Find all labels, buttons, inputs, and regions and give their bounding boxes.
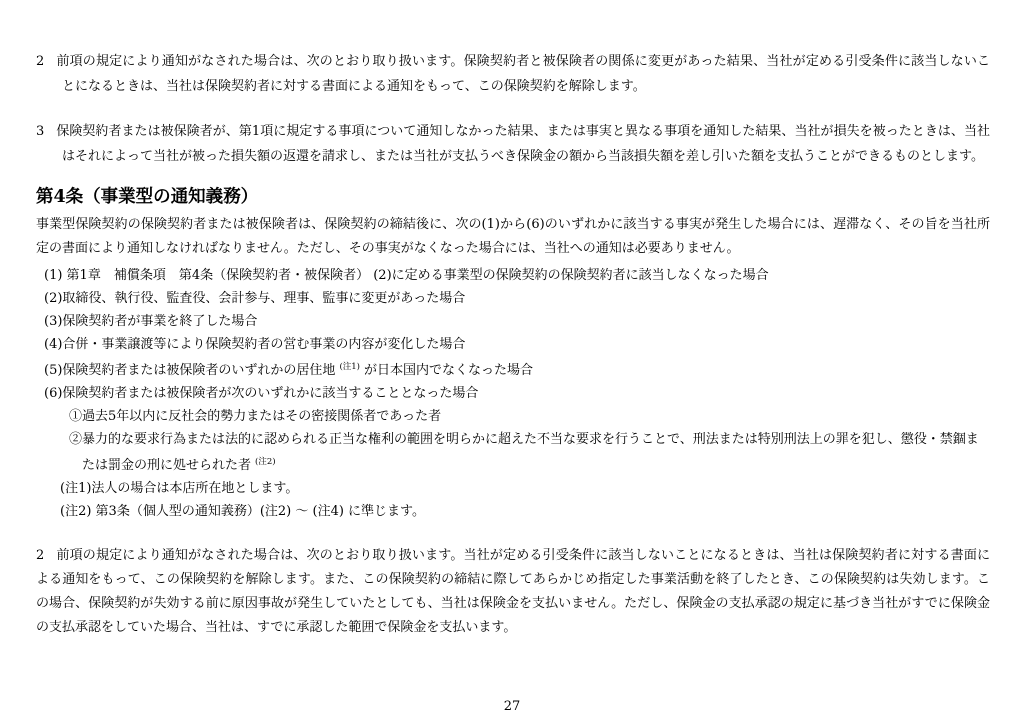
item-text: 第1章 補償条項 第4条（保険契約者・被保険者） (2)に定める事業型の保険契約… [62, 268, 768, 283]
paragraph-text: 前項の規定により通知がなされた場合は、次のとおり取り扱います。保険契約者と被保険… [56, 54, 990, 94]
item-label: (4) [44, 337, 62, 352]
list-item-2: (2)取締役、執行役、監査役、会計参与、理事、監事に変更があった場合 [44, 287, 990, 310]
document-page: 2前項の規定により通知がなされた場合は、次のとおり取り扱います。保険契約者と被保… [0, 0, 1024, 726]
item-label: (1) [44, 268, 62, 283]
list-item-5: (5)保険契約者または被保険者のいずれかの居住地(注1)が日本国内でなくなった場… [44, 356, 990, 382]
subitem-label: ② [69, 432, 82, 447]
item-text: 取締役、執行役、監査役、会計参与、理事、監事に変更があった場合 [62, 291, 465, 306]
section-heading: 第4条（事業型の通知義務） [36, 184, 990, 210]
item-label: (5) [44, 363, 62, 378]
footnotes: (注1)法人の場合は本店所在地とします。 (注2) 第3条（個人型の通知義務）(… [60, 477, 990, 523]
footnote-2: (注2) 第3条（個人型の通知義務）(注2) ～ (注4) に準じます。 [60, 500, 990, 523]
paragraph-number: 2 [36, 54, 44, 69]
paragraph-3: 3保険契約者または被保険者が、第1項に規定する事項について通知しなかった結果、ま… [36, 119, 990, 169]
paragraph-text: 保険契約者または被保険者が、第1項に規定する事項について通知しなかった結果、また… [56, 124, 990, 164]
paragraph-text: 前項の規定により通知がなされた場合は、次のとおり取り扱います。当社が定める引受条… [36, 548, 990, 635]
item-list: (1) 第1章 補償条項 第4条（保険契約者・被保険者） (2)に定める事業型の… [44, 264, 990, 523]
item-label: (3) [44, 314, 62, 329]
note-ref-2: (注2) [255, 457, 276, 467]
paragraph-2-top: 2前項の規定により通知がなされた場合は、次のとおり取り扱います。保険契約者と被保… [36, 49, 990, 99]
list-item-3: (3)保険契約者が事業を終了した場合 [44, 310, 990, 333]
item-label: (6) [44, 386, 62, 401]
section-intro: 事業型保険契約の保険契約者または被保険者は、保険契約の締結後に、次の(1)から(… [36, 213, 990, 261]
item-label: (2) [44, 291, 62, 306]
paragraph-number: 2 [36, 548, 44, 563]
item-text: 合併・事業譲渡等により保険契約者の営む事業の内容が変化した場合 [62, 337, 465, 352]
document-content: 2前項の規定により通知がなされた場合は、次のとおり取り扱います。保険契約者と被保… [0, 0, 1024, 640]
item-text: が日本国内でなくなった場合 [364, 363, 533, 378]
paragraph-2-bottom: 2前項の規定により通知がなされた場合は、次のとおり取り扱います。当社が定める引受… [36, 544, 990, 640]
footnote-label: (注2) [60, 504, 91, 519]
list-item-6: (6)保険契約者または被保険者が次のいずれかに該当することとなった場合 [44, 382, 990, 405]
subitem-text: 暴力的な要求行為または法的に認められる正当な権利の範囲を明らかに超えた不当な要求… [82, 432, 979, 473]
page-number: 27 [0, 699, 1024, 714]
item-text: 保険契約者が事業を終了した場合 [62, 314, 257, 329]
item-text: 保険契約者または被保険者のいずれかの居住地 [62, 363, 335, 378]
list-item-1: (1) 第1章 補償条項 第4条（保険契約者・被保険者） (2)に定める事業型の… [44, 264, 990, 287]
item-text: 保険契約者または被保険者が次のいずれかに該当することとなった場合 [62, 386, 478, 401]
footnote-label: (注1) [60, 481, 91, 496]
sub-item-1: ①過去5年以内に反社会的勢力またはその密接関係者であった者 [69, 405, 990, 428]
subitem-label: ① [69, 409, 82, 424]
list-item-4: (4)合併・事業譲渡等により保険契約者の営む事業の内容が変化した場合 [44, 333, 990, 356]
subitem-text: 過去5年以内に反社会的勢力またはその密接関係者であった者 [82, 409, 441, 424]
footnote-1: (注1)法人の場合は本店所在地とします。 [60, 477, 990, 500]
note-ref-1: (注1) [339, 362, 360, 372]
sub-item-2: ②暴力的な要求行為または法的に認められる正当な権利の範囲を明らかに超えた不当な要… [69, 428, 990, 477]
footnote-text: 法人の場合は本店所在地とします。 [91, 481, 298, 496]
paragraph-number: 3 [36, 124, 44, 139]
footnote-text: 第3条（個人型の通知義務）(注2) ～ (注4) に準じます。 [91, 504, 425, 519]
